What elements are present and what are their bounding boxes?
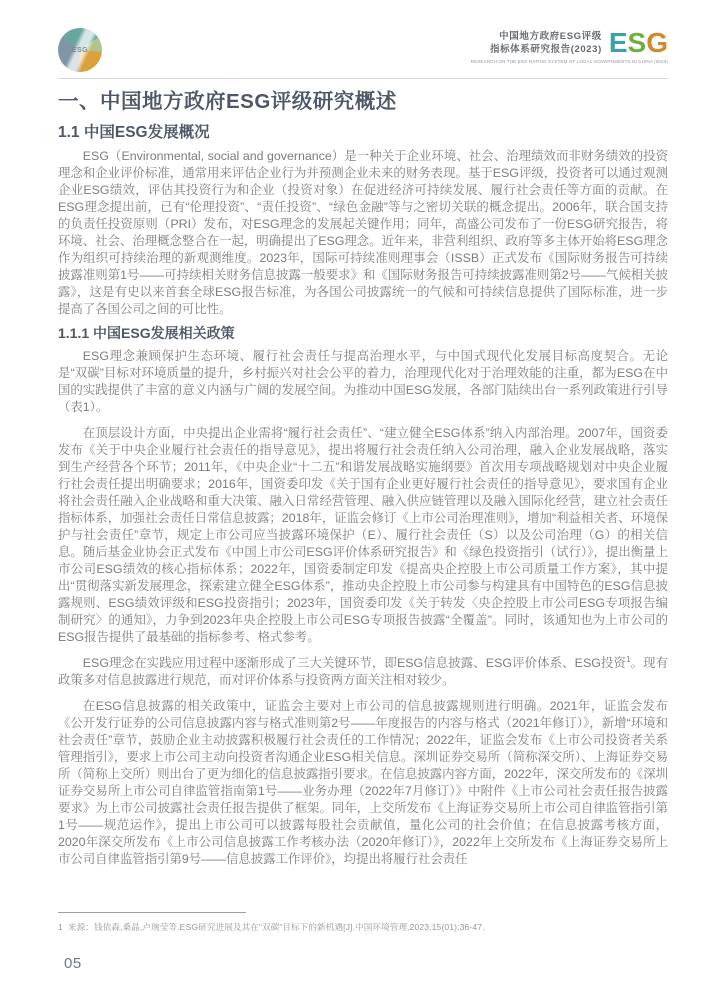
report-title-english-caption: RESEARCH ON THE ESG RATING SYSTEM OF LOC… xyxy=(471,59,668,64)
header-title-row: 中国地方政府ESG评级 指标体系研究报告(2023) ESG xyxy=(471,29,668,57)
report-title-line2: 指标体系研究报告(2023) xyxy=(490,43,602,56)
footnote: 1来源：钱依森,桑晶,卢琬莹等.ESG研究进展及其在“双碳”目标下的新机遇[J]… xyxy=(58,921,668,933)
logo-esg-text: ESG xyxy=(72,47,88,54)
paragraph-disclosure-policies: 在ESG信息披露的相关政策中，证监会主要对上市公司的信息披露规则进行明确。202… xyxy=(58,698,668,868)
header-divider xyxy=(58,78,668,79)
subsection-title-1-1-1: 1.1.1 中国ESG发展相关政策 xyxy=(58,324,668,342)
paragraph-policy-context: ESG理念兼顾保护生态环境、履行社会责任与提高治理水平，与中国式现代化发展目标高… xyxy=(58,348,668,416)
esg-letter-e: E xyxy=(609,27,628,58)
paragraph-three-key-links: ESG理念在实践应用过程中逐渐形成了三大关键环节，即ESG信息披露、ESG评价体… xyxy=(58,655,668,689)
section-title-1-1: 1.1 中国ESG发展概况 xyxy=(58,123,668,142)
report-title-line1: 中国地方政府ESG评级 xyxy=(490,30,602,43)
esg-letter-s: S xyxy=(628,27,647,58)
paragraph-three-key-links-text: ESG理念在实践应用过程中逐渐形成了三大关键环节，即ESG信息披露、ESG评价体… xyxy=(83,656,626,670)
report-page: ESG 中国地方政府ESG评级 指标体系研究报告(2023) ESG RESEA… xyxy=(0,0,710,1008)
esg-letter-g: G xyxy=(646,27,668,58)
report-title: 中国地方政府ESG评级 指标体系研究报告(2023) xyxy=(490,30,602,56)
paragraph-top-level-design: 在顶层设计方面，中央提出企业需将“履行社会责任”、“建立健全ESG体系”纳入内部… xyxy=(58,425,668,646)
footnote-divider xyxy=(58,912,246,913)
footnote-area: 1来源：钱依森,桑晶,卢琬莹等.ESG研究进展及其在“双碳”目标下的新机遇[J]… xyxy=(58,912,668,933)
page-number: 05 xyxy=(64,955,82,972)
footnote-text: 来源：钱依森,桑晶,卢琬莹等.ESG研究进展及其在“双碳”目标下的新机遇[J].… xyxy=(68,922,485,932)
esg-wordmark: ESG xyxy=(609,29,668,57)
header-title-block: 中国地方政府ESG评级 指标体系研究报告(2023) ESG RESEARCH … xyxy=(471,29,668,64)
page-content: 一、中国地方政府ESG评级研究概述 1.1 中国ESG发展概况 ESG（Envi… xyxy=(0,89,710,868)
paragraph-esg-overview: ESG（Environmental, social and governance… xyxy=(58,148,668,318)
page-header: ESG 中国地方政府ESG评级 指标体系研究报告(2023) ESG RESEA… xyxy=(0,0,710,72)
chapter-title: 一、中国地方政府ESG评级研究概述 xyxy=(58,89,668,115)
footnote-marker: 1 xyxy=(58,922,63,932)
esg-globe-logo-icon: ESG xyxy=(58,28,102,72)
